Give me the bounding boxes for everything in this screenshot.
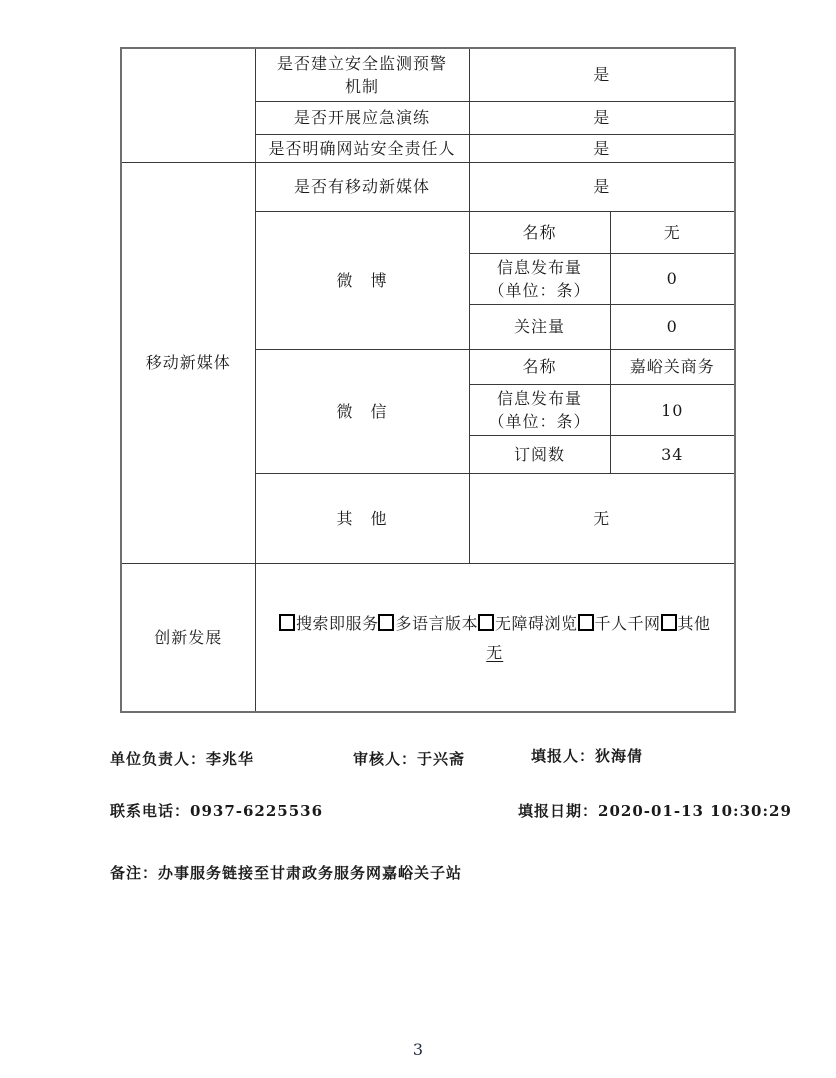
report-date: 填报日期：2020-01-13 10:30:29 bbox=[518, 800, 792, 821]
unit-head-value: 李兆华 bbox=[206, 750, 254, 768]
unit-head: 单位负责人：李兆华 bbox=[110, 748, 254, 769]
contact-phone: 联系电话：0937-6225536 bbox=[110, 800, 323, 821]
answer-security-monitor: 是 bbox=[469, 48, 735, 101]
weibo-posts-field: 信息发布量 （单位：条） bbox=[469, 253, 610, 304]
answer-security-responsible: 是 bbox=[469, 134, 735, 162]
innovation-content: 搜索即服务多语言版本无障碍浏览千人千网其他 无 bbox=[255, 564, 735, 712]
section-label-mobile-media: 移动新媒体 bbox=[121, 162, 255, 564]
answer-emergency-drill: 是 bbox=[469, 101, 735, 134]
innovation-options: 搜索即服务多语言版本无障碍浏览千人千网其他 bbox=[260, 612, 731, 635]
wechat-label: 微 信 bbox=[255, 350, 469, 474]
option-personalized: 千人千网 bbox=[578, 614, 661, 633]
option-label: 多语言版本 bbox=[395, 614, 478, 633]
weibo-name-field: 名称 bbox=[469, 211, 610, 253]
remark-label: 备注： bbox=[110, 864, 158, 882]
option-label: 搜索即服务 bbox=[296, 614, 379, 633]
option-search-as-service: 搜索即服务 bbox=[279, 614, 379, 633]
document-page: 是否建立安全监测预警 机制 是 是否开展应急演练 是 是否明确网站安全责任人 是… bbox=[0, 0, 836, 1078]
checkbox-icon bbox=[279, 614, 295, 631]
weibo-label: 微 博 bbox=[255, 211, 469, 349]
field-text-line1: 信息发布量 bbox=[474, 387, 606, 410]
wechat-name-field: 名称 bbox=[469, 350, 610, 385]
question-text-line1: 是否建立安全监测预警 bbox=[260, 52, 465, 75]
phone-value: 0937-6225536 bbox=[190, 802, 323, 820]
wechat-subscribers-field: 订阅数 bbox=[469, 436, 610, 474]
checkbox-icon bbox=[378, 614, 394, 631]
option-label: 无障碍浏览 bbox=[495, 614, 578, 633]
wechat-name-value: 嘉峪关商务 bbox=[610, 350, 735, 385]
option-label: 千人千网 bbox=[595, 614, 661, 633]
weibo-followers-field: 关注量 bbox=[469, 305, 610, 350]
section-label-innovation: 创新发展 bbox=[121, 564, 255, 712]
other-media-label: 其 他 bbox=[255, 474, 469, 564]
remark: 备注：办事服务链接至甘肃政务服务网嘉峪关子站 bbox=[110, 862, 462, 883]
question-security-monitor: 是否建立安全监测预警 机制 bbox=[255, 48, 469, 101]
reviewer-label: 审核人： bbox=[353, 750, 417, 768]
page-number: 3 bbox=[0, 1040, 836, 1059]
other-media-value: 无 bbox=[469, 474, 735, 564]
innovation-value: 无 bbox=[260, 641, 731, 664]
checkbox-icon bbox=[661, 614, 677, 631]
section-label-empty bbox=[121, 48, 255, 162]
report-table: 是否建立安全监测预警 机制 是 是否开展应急演练 是 是否明确网站安全责任人 是… bbox=[120, 47, 736, 713]
phone-label: 联系电话： bbox=[110, 802, 190, 820]
date-value: 2020-01-13 10:30:29 bbox=[598, 802, 792, 820]
checkbox-icon bbox=[478, 614, 494, 631]
field-text-line1: 信息发布量 bbox=[474, 256, 606, 279]
wechat-posts-value: 10 bbox=[610, 385, 735, 436]
filler: 填报人：狄海倩 bbox=[531, 745, 643, 766]
checkbox-icon bbox=[578, 614, 594, 631]
field-text-line2: （单位：条） bbox=[474, 279, 606, 302]
weibo-posts-value: 0 bbox=[610, 253, 735, 304]
question-security-responsible: 是否明确网站安全责任人 bbox=[255, 134, 469, 162]
date-label: 填报日期： bbox=[518, 802, 598, 820]
option-accessibility: 无障碍浏览 bbox=[478, 614, 578, 633]
answer-has-mobile-media: 是 bbox=[469, 162, 735, 211]
wechat-subscribers-value: 34 bbox=[610, 436, 735, 474]
wechat-posts-field: 信息发布量 （单位：条） bbox=[469, 385, 610, 436]
weibo-name-value: 无 bbox=[610, 211, 735, 253]
question-emergency-drill: 是否开展应急演练 bbox=[255, 101, 469, 134]
option-label: 其他 bbox=[678, 614, 711, 633]
filler-value: 狄海倩 bbox=[595, 747, 643, 765]
option-multilingual: 多语言版本 bbox=[378, 614, 478, 633]
reviewer-value: 于兴斋 bbox=[417, 750, 465, 768]
question-has-mobile-media: 是否有移动新媒体 bbox=[255, 162, 469, 211]
remark-value: 办事服务链接至甘肃政务服务网嘉峪关子站 bbox=[158, 864, 462, 882]
field-text-line2: （单位：条） bbox=[474, 410, 606, 433]
weibo-followers-value: 0 bbox=[610, 305, 735, 350]
question-text-line2: 机制 bbox=[260, 75, 465, 98]
filler-label: 填报人： bbox=[531, 747, 595, 765]
option-other: 其他 bbox=[661, 614, 711, 633]
reviewer: 审核人：于兴斋 bbox=[353, 748, 465, 769]
unit-head-label: 单位负责人： bbox=[110, 750, 206, 768]
